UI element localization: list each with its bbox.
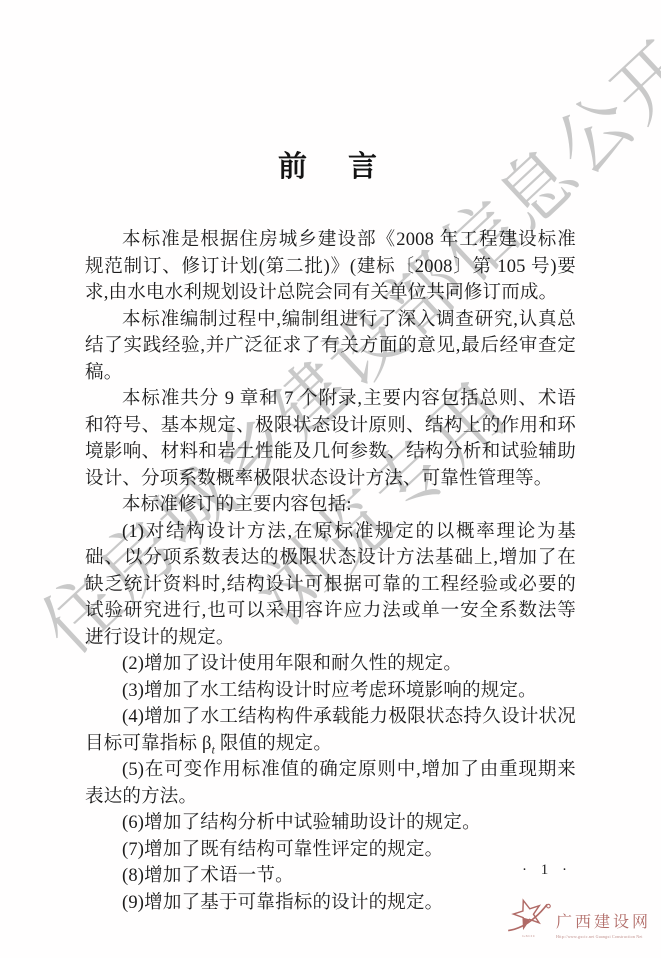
paragraph-text: 限值的规定。	[215, 734, 332, 754]
paragraph: (5)在可变作用标准值的确定原则中,增加了由重现期来表达的方法。	[85, 757, 576, 810]
paragraph: (2)增加了设计使用年限和耐久性的规定。	[85, 651, 576, 678]
logo-tagline: Http://www.gxcic.net Guangxi Constructio…	[556, 934, 651, 939]
paragraph: (9)增加了基于可靠指标的设计的规定。	[85, 890, 576, 917]
paragraph: (6)增加了结构分析中试验辅助设计的规定。	[85, 810, 576, 837]
document-page: 住房城乡建设部信息公开 浏览专用 前 言 本标准是根据住房城乡建设部《2008 …	[0, 0, 661, 958]
paragraph: (1)对结构设计方法,在原标准规定的以概率理论为基础、以分项系数表达的极限状态设…	[85, 519, 576, 652]
paragraph: (7)增加了既有结构可靠性评定的规定。	[85, 837, 576, 864]
paragraph: 本标准编制过程中,编制组进行了深入调查研究,认真总结了实践经验,并广泛征求了有关…	[85, 307, 576, 387]
page-title: 前 言	[0, 144, 661, 185]
site-logo: GXCIC 广西建设网 Http://www.gxcic.net Guangxi…	[505, 898, 651, 939]
paragraph: 本标准修订的主要内容包括:	[85, 492, 576, 519]
paragraph-with-beta-symbol: (4)增加了水工结构构件承载能力极限状态持久设计状况目标可靠指标 βt 限值的规…	[85, 704, 576, 757]
page-number: · 1 ·	[0, 862, 572, 879]
logo-name: 广西建设网	[556, 909, 651, 932]
logo-text: 广西建设网 Http://www.gxcic.net Guangxi Const…	[556, 909, 651, 939]
star-icon: GXCIC	[505, 898, 553, 938]
preface-body: 本标准是根据住房城乡建设部《2008 年工程建设标准规范制订、修订计划(第二批)…	[85, 227, 576, 916]
paragraph: (3)增加了水工结构设计时应考虑环境影响的规定。	[85, 678, 576, 705]
star-caption: GXCIC	[522, 934, 535, 938]
paragraph: 本标准共分 9 章和 7 个附录,主要内容包括总则、术语和符号、基本规定、极限状…	[85, 386, 576, 492]
paragraph: 本标准是根据住房城乡建设部《2008 年工程建设标准规范制订、修订计划(第二批)…	[85, 227, 576, 307]
